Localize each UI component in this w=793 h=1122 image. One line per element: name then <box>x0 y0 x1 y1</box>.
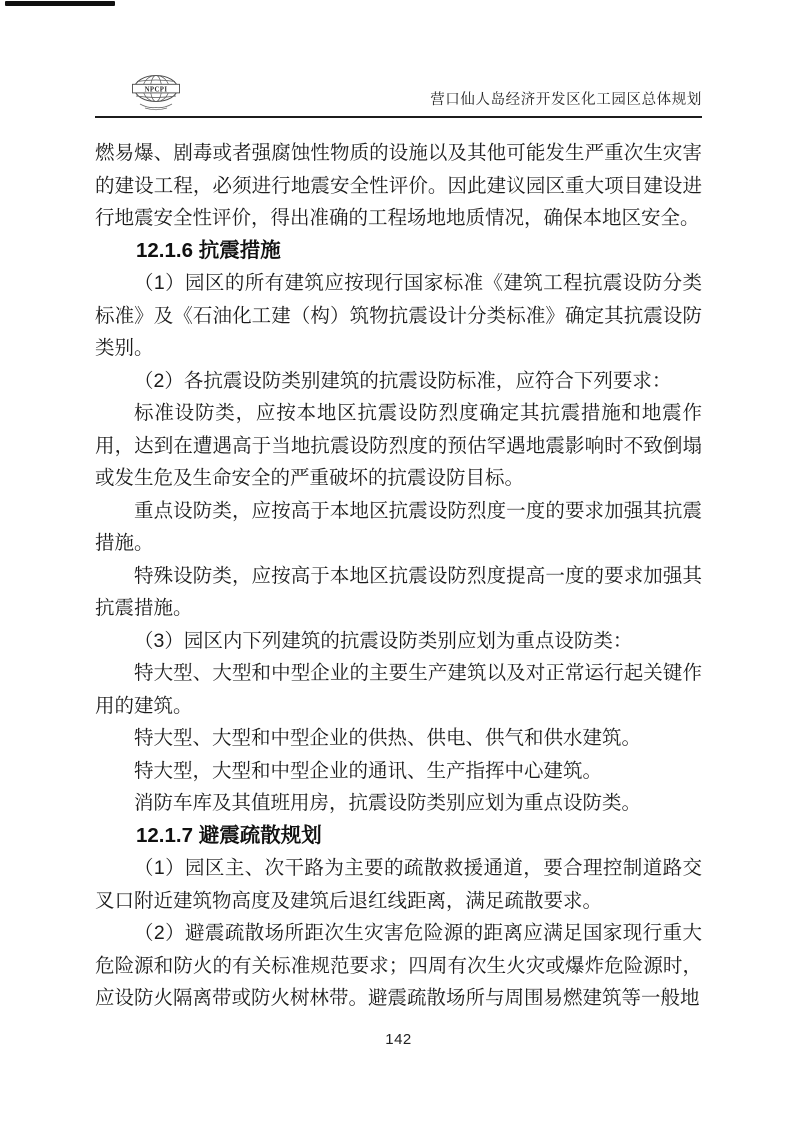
page-footer: 142 <box>95 1031 702 1049</box>
section-heading-12-1-7: 12.1.7 避震疏散规划 <box>95 820 702 853</box>
npcpi-globe-logo-icon: NPCPI <box>131 72 181 114</box>
page-number: 142 <box>385 1031 412 1048</box>
paragraph: 特大型，大型和中型企业的通讯、生产指挥中心建筑。 <box>95 755 702 788</box>
paragraph: 燃易爆、剧毒或者强腐蚀性物质的设施以及其他可能发生严重次生灾害的建设工程，必须进… <box>95 137 702 235</box>
paragraph: （2）各抗震设防类别建筑的抗震设防标准，应符合下列要求： <box>95 365 702 398</box>
page-header: NPCPI 营口仙人岛经济开发区化工园区总体规划 <box>95 70 702 118</box>
paragraph: 特殊设防类，应按高于本地区抗震设防烈度提高一度的要求加强其抗震措施。 <box>95 560 702 625</box>
header-document-title: 营口仙人岛经济开发区化工园区总体规划 <box>430 88 702 109</box>
document-page: NPCPI 营口仙人岛经济开发区化工园区总体规划 燃易爆、剧毒或者强腐蚀性物质的… <box>0 0 793 1122</box>
paragraph: （2）避震疏散场所距次生灾害危险源的距离应满足国家现行重大危险源和防火的有关标准… <box>95 917 702 1015</box>
paragraph: （1）园区的所有建筑应按现行国家标准《建筑工程抗震设防分类标准》及《石油化工建（… <box>95 267 702 365</box>
section-heading-12-1-6: 12.1.6 抗震措施 <box>95 235 702 268</box>
paragraph: （3）园区内下列建筑的抗震设防类别应划为重点设防类： <box>95 625 702 658</box>
paragraph: （1）园区主、次干路为主要的疏散救援通道，要合理控制道路交叉口附近建筑物高度及建… <box>95 852 702 917</box>
logo-text: NPCPI <box>145 86 168 93</box>
paragraph: 特大型、大型和中型企业的主要生产建筑以及对正常运行起关键作用的建筑。 <box>95 657 702 722</box>
paragraph: 标准设防类，应按本地区抗震设防烈度确定其抗震措施和地震作用，达到在遭遇高于当地抗… <box>95 397 702 495</box>
paragraph: 特大型、大型和中型企业的供热、供电、供气和供水建筑。 <box>95 722 702 755</box>
scan-artifact <box>5 1 115 6</box>
paragraph: 重点设防类，应按高于本地区抗震设防烈度一度的要求加强其抗震措施。 <box>95 495 702 560</box>
paragraph: 消防车库及其值班用房，抗震设防类别应划为重点设防类。 <box>95 787 702 820</box>
document-body: 燃易爆、剧毒或者强腐蚀性物质的设施以及其他可能发生严重次生灾害的建设工程，必须进… <box>95 137 702 1015</box>
